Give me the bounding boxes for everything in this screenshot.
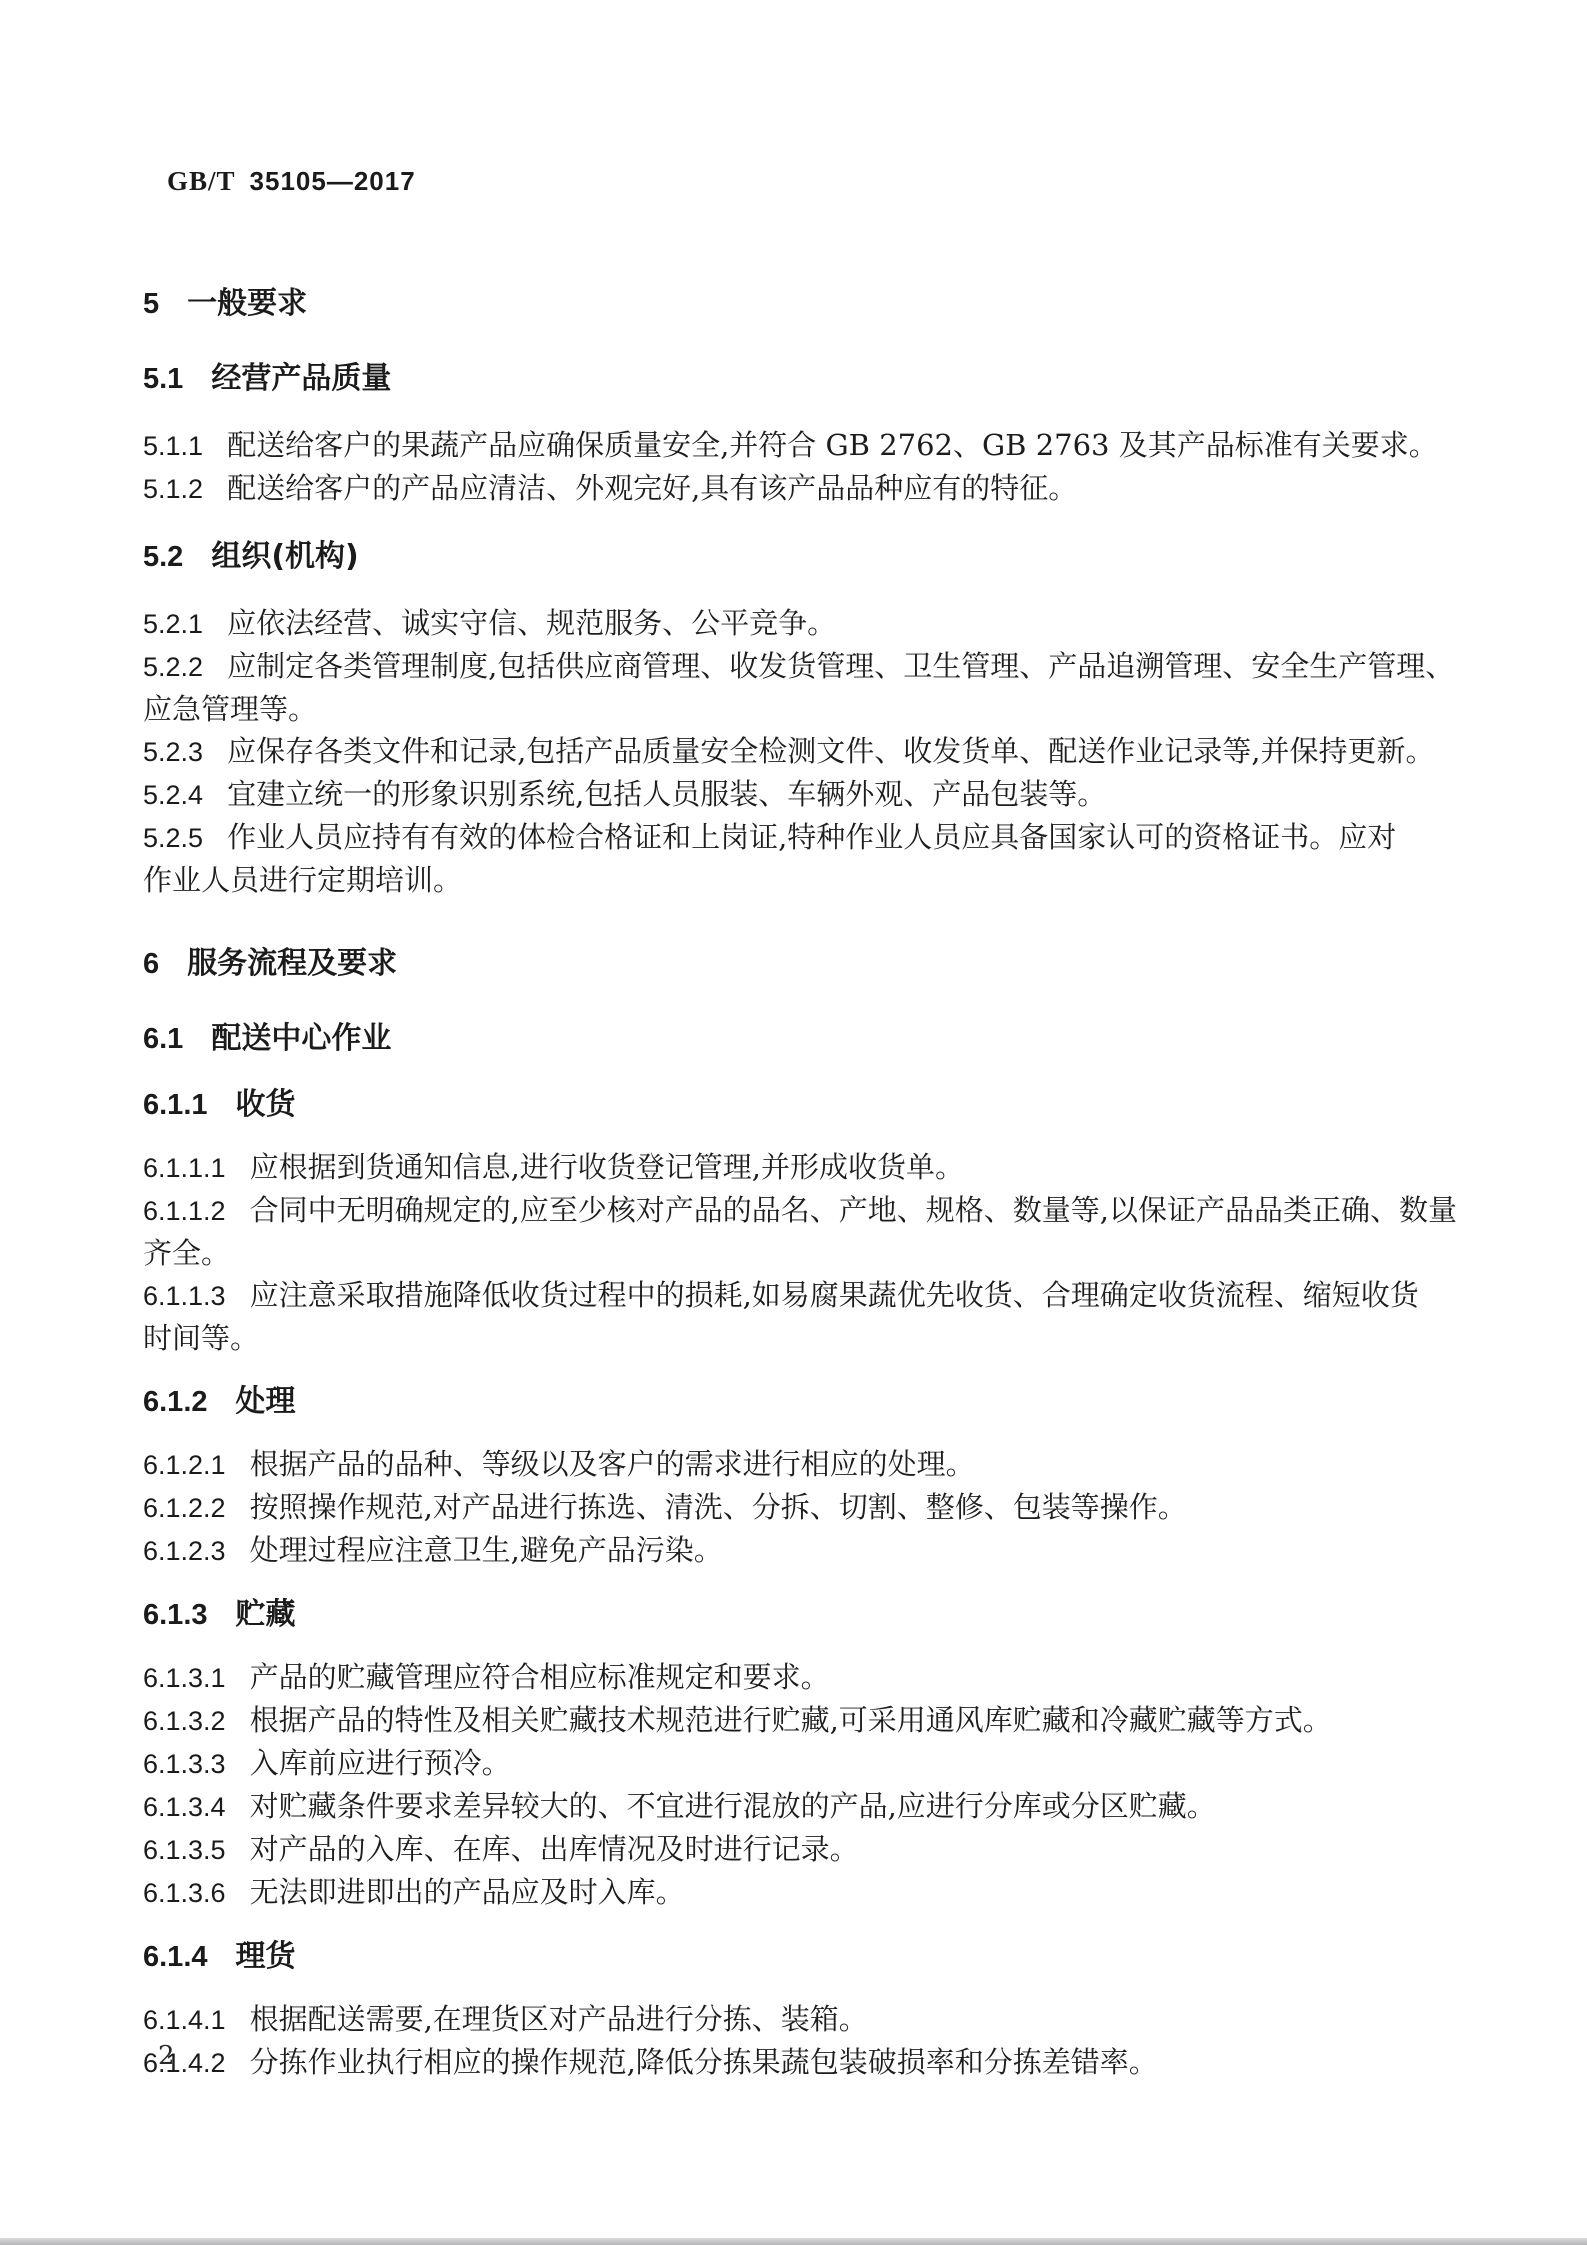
clause-line: 6.1.1.1应根据到货通知信息,进行收货登记管理,并形成收货单。 [143, 1146, 1523, 1189]
clause-5.2.5: 5.2.5作业人员应持有有效的体检合格证和上岗证,特种作业人员应具备国家认可的资… [143, 816, 1523, 901]
scan-bottom-edge [0, 2238, 1587, 2245]
clause-blocks: 5一般要求5.1经营产品质量5.1.1配送给客户的果蔬产品应确保质量安全,并符合… [143, 283, 1523, 2084]
clause-text: 产品的贮藏管理应符合相应标准规定和要求。 [250, 1660, 830, 1694]
clause-number: 5.2.1 [143, 609, 203, 639]
clause-text: 合同中无明确规定的,应至少核对产品的品名、产地、规格、数量等,以保证产品品类正确… [250, 1193, 1457, 1227]
clause-5.2.1: 5.2.1应依法经营、诚实守信、规范服务、公平竞争。 [143, 602, 1523, 645]
clause-line: 6.1.2.2按照操作规范,对产品进行拣选、清洗、分拆、切割、整修、包装等操作。 [143, 1486, 1523, 1529]
clause-6.1.3.3: 6.1.3.3入库前应进行预冷。 [143, 1742, 1523, 1785]
clause-line: 6.1.3.2根据产品的特性及相关贮藏技术规范进行贮藏,可采用通风库贮藏和冷藏贮… [143, 1699, 1523, 1742]
clause-text: 应保存各类文件和记录,包括产品质量安全检测文件、收发货单、配送作业记录等,并保持… [227, 734, 1434, 768]
clause-number: 5.2.4 [143, 780, 203, 810]
clause-6.1.2.3: 6.1.2.3处理过程应注意卫生,避免产品污染。 [143, 1529, 1523, 1572]
heading-number: 5.2 [143, 541, 183, 573]
clause-line: 6.1.3.6无法即进即出的产品应及时入库。 [143, 1871, 1523, 1914]
clause-6.1.2.1: 6.1.2.1根据产品的品种、等级以及客户的需求进行相应的处理。 [143, 1443, 1523, 1486]
clause-number: 6.1.3.4 [143, 1792, 226, 1822]
clause-text: 对贮藏条件要求差异较大的、不宜进行混放的产品,应进行分库或分区贮藏。 [250, 1789, 1216, 1823]
clause-number: 6.1.1.3 [143, 1281, 226, 1311]
clause-number: 5.1.1 [143, 431, 203, 461]
clause-number: 6.1.3.2 [143, 1706, 226, 1736]
clause-text: 无法即进即出的产品应及时入库。 [250, 1875, 685, 1909]
clause-text: 处理过程应注意卫生,避免产品污染。 [250, 1533, 723, 1567]
clause-6.1.3.5: 6.1.3.5对产品的入库、在库、出库情况及时进行记录。 [143, 1828, 1523, 1871]
clause-text: 配送给客户的果蔬产品应确保质量安全,并符合 GB 2762、GB 2763 及其… [227, 428, 1438, 462]
clause-number: 6.1.3.5 [143, 1835, 226, 1865]
heading-title: 处理 [236, 1384, 296, 1419]
clause-text: 根据配送需要,在理货区对产品进行分拣、装箱。 [250, 2002, 868, 2036]
clause-6.1.3.1: 6.1.3.1产品的贮藏管理应符合相应标准规定和要求。 [143, 1656, 1523, 1699]
clause-line: 6.1.4.2分拣作业执行相应的操作规范,降低分拣果蔬包装破损率和分拣差错率。 [143, 2041, 1523, 2084]
heading-number: 6.1.2 [143, 1386, 208, 1418]
standard-code-prefix: GB/T [167, 166, 236, 196]
clause-6.1.3.4: 6.1.3.4对贮藏条件要求差异较大的、不宜进行混放的产品,应进行分库或分区贮藏… [143, 1785, 1523, 1828]
clause-line: 5.1.2配送给客户的产品应清洁、外观完好,具有该产品品种应有的特征。 [143, 467, 1523, 510]
section-heading-6.1.1: 6.1.1收货 [143, 1084, 1523, 1126]
clause-line: 6.1.3.4对贮藏条件要求差异较大的、不宜进行混放的产品,应进行分库或分区贮藏… [143, 1785, 1523, 1828]
clause-line-continued: 作业人员进行定期培训。 [143, 859, 1523, 901]
clause-line: 5.1.1配送给客户的果蔬产品应确保质量安全,并符合 GB 2762、GB 27… [143, 424, 1523, 467]
section-heading-6: 6服务流程及要求 [143, 943, 1523, 985]
clause-5.2.2: 5.2.2应制定各类管理制度,包括供应商管理、收发货管理、卫生管理、产品追溯管理… [143, 645, 1523, 730]
clause-6.1.2.2: 6.1.2.2按照操作规范,对产品进行拣选、清洗、分拆、切割、整修、包装等操作。 [143, 1486, 1523, 1529]
clause-6.1.4.1: 6.1.4.1根据配送需要,在理货区对产品进行分拣、装箱。 [143, 1998, 1523, 2041]
clause-text: 根据产品的品种、等级以及客户的需求进行相应的处理。 [250, 1447, 975, 1481]
clause-number: 5.2.2 [143, 652, 203, 682]
clause-number: 6.1.3.1 [143, 1663, 226, 1693]
clause-text: 入库前应进行预冷。 [250, 1746, 511, 1780]
clause-text: 应注意采取措施降低收货过程中的损耗,如易腐果蔬优先收货、合理确定收货流程、缩短收… [250, 1278, 1419, 1312]
section-heading-5.1: 5.1经营产品质量 [143, 358, 1523, 400]
clause-number: 5.1.2 [143, 474, 203, 504]
clause-number: 6.1.2.3 [143, 1536, 226, 1566]
section-heading-5.2: 5.2组织(机构) [143, 536, 1523, 578]
clause-line: 6.1.2.1根据产品的品种、等级以及客户的需求进行相应的处理。 [143, 1443, 1523, 1486]
clause-line: 5.2.3应保存各类文件和记录,包括产品质量安全检测文件、收发货单、配送作业记录… [143, 730, 1523, 773]
section-heading-6.1.3: 6.1.3贮藏 [143, 1594, 1523, 1636]
clause-text-continued: 应急管理等。 [143, 692, 317, 726]
clause-text-continued: 作业人员进行定期培训。 [143, 863, 462, 897]
section-heading-6.1.2: 6.1.2处理 [143, 1381, 1523, 1423]
clause-number: 5.2.5 [143, 823, 203, 853]
section-heading-6.1.4: 6.1.4理货 [143, 1936, 1523, 1978]
heading-number: 5 [143, 288, 159, 320]
clause-line: 6.1.2.3处理过程应注意卫生,避免产品污染。 [143, 1529, 1523, 1572]
clause-line-continued: 时间等。 [143, 1317, 1523, 1359]
clause-text: 应根据到货通知信息,进行收货登记管理,并形成收货单。 [250, 1150, 964, 1184]
clause-line: 5.2.1应依法经营、诚实守信、规范服务、公平竞争。 [143, 602, 1523, 645]
clause-5.1.2: 5.1.2配送给客户的产品应清洁、外观完好,具有该产品品种应有的特征。 [143, 467, 1523, 510]
standard-code: GB/T 35105—2017 [143, 160, 1523, 207]
clause-line: 5.2.5作业人员应持有有效的体检合格证和上岗证,特种作业人员应具备国家认可的资… [143, 816, 1523, 859]
clause-6.1.1.2: 6.1.1.2合同中无明确规定的,应至少核对产品的品名、产地、规格、数量等,以保… [143, 1189, 1523, 1274]
clause-number: 6.1.3.3 [143, 1749, 226, 1779]
clause-line: 6.1.3.3入库前应进行预冷。 [143, 1742, 1523, 1785]
clause-text: 应依法经营、诚实守信、规范服务、公平竞争。 [227, 606, 836, 640]
heading-number: 6.1 [143, 1023, 183, 1055]
heading-title: 配送中心作业 [211, 1021, 391, 1056]
clause-6.1.1.1: 6.1.1.1应根据到货通知信息,进行收货登记管理,并形成收货单。 [143, 1146, 1523, 1189]
clause-line: 6.1.3.1产品的贮藏管理应符合相应标准规定和要求。 [143, 1656, 1523, 1699]
heading-title: 收货 [236, 1087, 296, 1122]
clause-line: 5.2.2应制定各类管理制度,包括供应商管理、收发货管理、卫生管理、产品追溯管理… [143, 645, 1523, 688]
document-page: GB/T 35105—2017 5一般要求5.1经营产品质量5.1.1配送给客户… [0, 0, 1587, 2245]
clause-line: 5.2.4宜建立统一的形象识别系统,包括人员服装、车辆外观、产品包装等。 [143, 773, 1523, 816]
clause-number: 6.1.2.1 [143, 1450, 226, 1480]
heading-number: 6.1.3 [143, 1599, 208, 1631]
clause-number: 6.1.3.6 [143, 1878, 226, 1908]
clause-text: 配送给客户的产品应清洁、外观完好,具有该产品品种应有的特征。 [227, 471, 1077, 505]
clause-line-continued: 齐全。 [143, 1232, 1523, 1274]
section-heading-5: 5一般要求 [143, 283, 1523, 325]
clause-5.1.1: 5.1.1配送给客户的果蔬产品应确保质量安全,并符合 GB 2762、GB 27… [143, 424, 1523, 467]
page-number: 2 [158, 2040, 175, 2072]
heading-title: 组织(机构) [211, 539, 358, 574]
clause-number: 6.1.4.2 [143, 2048, 226, 2078]
clause-6.1.3.2: 6.1.3.2根据产品的特性及相关贮藏技术规范进行贮藏,可采用通风库贮藏和冷藏贮… [143, 1699, 1523, 1742]
standard-code-number: 35105—2017 [250, 166, 416, 196]
clause-6.1.4.2: 6.1.4.2分拣作业执行相应的操作规范,降低分拣果蔬包装破损率和分拣差错率。 [143, 2041, 1523, 2084]
clause-line: 6.1.1.3应注意采取措施降低收货过程中的损耗,如易腐果蔬优先收货、合理确定收… [143, 1274, 1523, 1317]
heading-title: 经营产品质量 [211, 361, 391, 396]
heading-number: 6.1.4 [143, 1941, 208, 1973]
heading-title: 理货 [236, 1939, 296, 1974]
clause-6.1.3.6: 6.1.3.6无法即进即出的产品应及时入库。 [143, 1871, 1523, 1914]
heading-number: 5.1 [143, 363, 183, 395]
clause-text-continued: 时间等。 [143, 1321, 259, 1355]
clause-text: 应制定各类管理制度,包括供应商管理、收发货管理、卫生管理、产品追溯管理、安全生产… [227, 649, 1454, 683]
heading-title: 贮藏 [236, 1597, 296, 1632]
clause-number: 6.1.1.1 [143, 1153, 226, 1183]
clause-line: 6.1.4.1根据配送需要,在理货区对产品进行分拣、装箱。 [143, 1998, 1523, 2041]
clause-number: 6.1.4.1 [143, 2005, 226, 2035]
clause-text: 宜建立统一的形象识别系统,包括人员服装、车辆外观、产品包装等。 [227, 777, 1106, 811]
clause-line-continued: 应急管理等。 [143, 688, 1523, 730]
clause-text: 对产品的入库、在库、出库情况及时进行记录。 [250, 1832, 859, 1866]
clause-line: 6.1.3.5对产品的入库、在库、出库情况及时进行记录。 [143, 1828, 1523, 1871]
heading-title: 一般要求 [187, 286, 307, 321]
clause-number: 5.2.3 [143, 737, 203, 767]
clause-text-continued: 齐全。 [143, 1236, 230, 1270]
clause-text: 按照操作规范,对产品进行拣选、清洗、分拆、切割、整修、包装等操作。 [250, 1490, 1187, 1524]
section-heading-6.1: 6.1配送中心作业 [143, 1018, 1523, 1060]
clause-text: 根据产品的特性及相关贮藏技术规范进行贮藏,可采用通风库贮藏和冷藏贮藏等方式。 [250, 1703, 1332, 1737]
clause-number: 6.1.1.2 [143, 1196, 226, 1226]
clause-text: 分拣作业执行相应的操作规范,降低分拣果蔬包装破损率和分拣差错率。 [250, 2045, 1158, 2079]
clause-number: 6.1.2.2 [143, 1493, 226, 1523]
page-content: GB/T 35105—2017 5一般要求5.1经营产品质量5.1.1配送给客户… [143, 0, 1523, 2084]
clause-text: 作业人员应持有有效的体检合格证和上岗证,特种作业人员应具备国家认可的资格证书。应… [227, 820, 1396, 854]
clause-5.2.3: 5.2.3应保存各类文件和记录,包括产品质量安全检测文件、收发货单、配送作业记录… [143, 730, 1523, 773]
heading-title: 服务流程及要求 [187, 946, 397, 981]
heading-number: 6 [143, 948, 159, 980]
clause-6.1.1.3: 6.1.1.3应注意采取措施降低收货过程中的损耗,如易腐果蔬优先收货、合理确定收… [143, 1274, 1523, 1359]
heading-number: 6.1.1 [143, 1089, 208, 1121]
clause-line: 6.1.1.2合同中无明确规定的,应至少核对产品的品名、产地、规格、数量等,以保… [143, 1189, 1523, 1232]
clause-5.2.4: 5.2.4宜建立统一的形象识别系统,包括人员服装、车辆外观、产品包装等。 [143, 773, 1523, 816]
